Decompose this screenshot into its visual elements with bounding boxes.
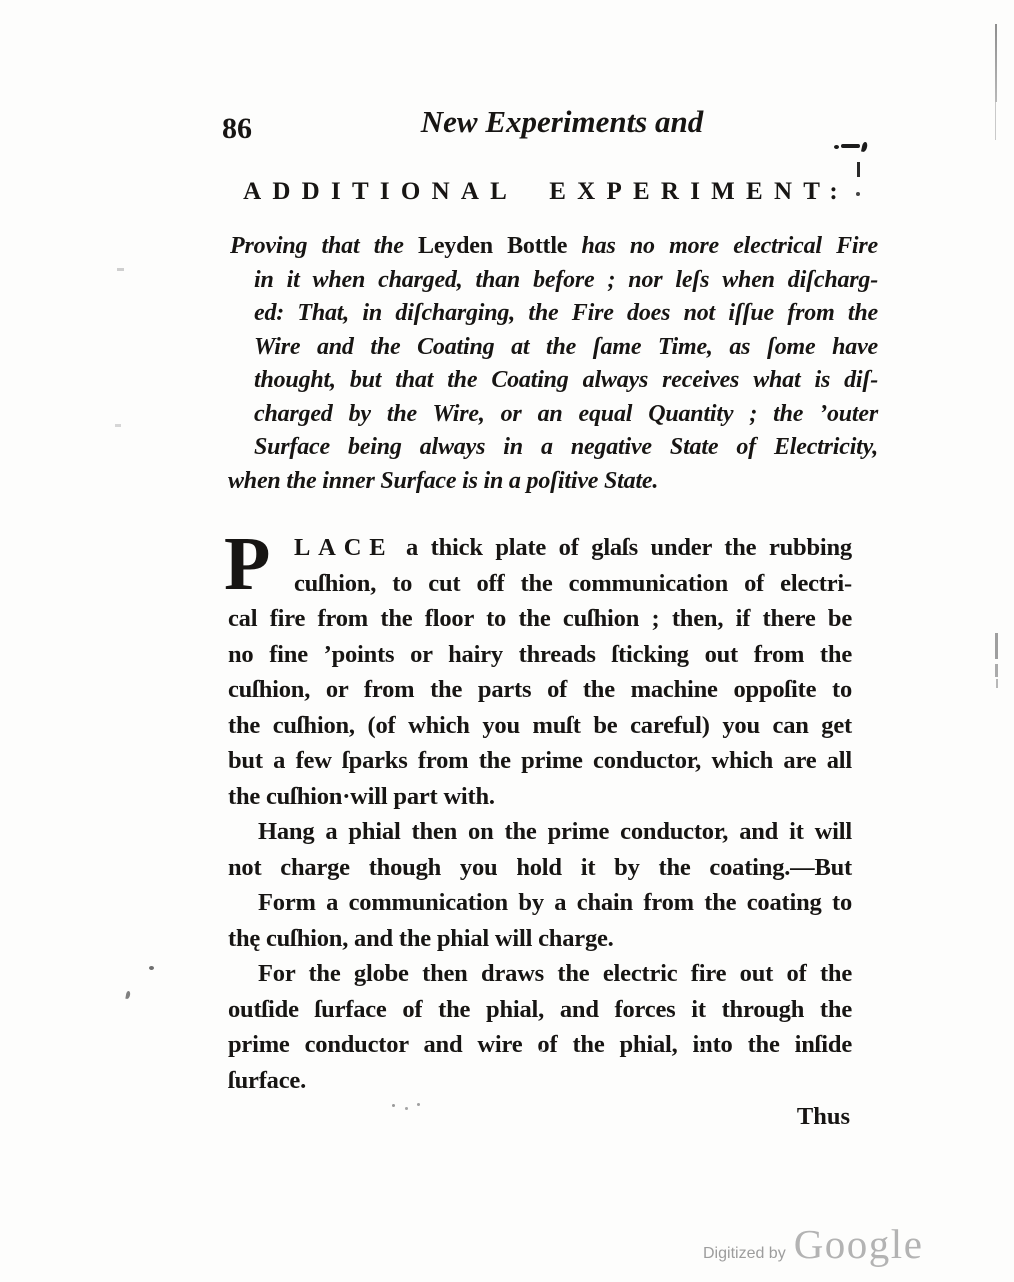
argument-italic-text: has no more electrical Fire [582,233,878,259]
scan-edge-line [995,24,997,102]
body-text: P LACE a thick plate of glaſs under the … [228,530,852,1134]
text-line: cuſhion, to cut off the communication of… [228,566,852,602]
ink-artifact [857,162,860,177]
scan-edge-mark [996,679,998,688]
text-line: prime conductor and wire of the phial, i… [228,1027,852,1063]
catchword: Thus [228,1099,852,1135]
ink-artifact [392,1104,395,1107]
text-line: when the inner Surface is in a poſitive … [228,465,878,499]
text-line: the cuſhion, (of which you muſt be caref… [228,708,852,744]
ink-artifact [149,966,154,970]
argument-italic-text: Proving that the [230,233,418,259]
ink-artifact [700,1046,703,1049]
text-line: Wire and the Coating at the ſame Time, a… [254,331,878,365]
text-line: charged by the Wire, or an equal Quantit… [254,398,878,432]
paragraph: P LACE a thick plate of glaſs under the … [228,530,852,814]
text-line: not charge though you hold it by the coa… [228,850,852,886]
ink-artifact [834,145,839,149]
ink-artifact [540,1049,543,1052]
text-line: thę cuſhion, and the phial will charge. [228,921,852,957]
scan-edge-mark [995,633,998,659]
running-header-title: New Experiments and [228,104,852,140]
drop-cap: P [224,533,270,595]
text-line: Proving that the Leyden Bottle has no mo… [230,230,878,264]
digitized-watermark: Digitized by Google [703,1220,923,1268]
digitized-by-label: Digitized by [703,1245,786,1263]
text-line: outſide ſurface of the phial, and forces… [228,992,852,1028]
text-line: cal fire from the floor to the cuſhion ;… [228,601,852,637]
text-line: ſurface. [228,1063,852,1099]
text-line: Hang a phial then on the prime conductor… [228,814,852,850]
paragraph: For the globe then draws the electric fi… [228,956,852,1098]
text-line: thought, but that the Coating always rec… [254,364,878,398]
text-line: ed: That, in diſcharging, the Fire does … [254,297,878,331]
ink-artifact [405,1107,408,1110]
text-line: For the globe then draws the electric fi… [228,956,852,992]
text-line: the cuſhion·will part with. [228,779,852,815]
text-line: but a few ſparks from the prime conducto… [228,743,852,779]
paragraph: Hang a phial then on the prime conductor… [228,814,852,885]
ink-artifact [841,144,860,148]
text-line: Form a communication by a chain from the… [228,885,852,921]
text-line: cuſhion, or from the parts of the machin… [228,672,852,708]
running-head: 86 New Experiments and [228,104,852,156]
argument-summary: Proving that the Leyden Bottle has no mo… [228,230,878,498]
ink-artifact [115,424,121,427]
text-line: in it when charged, than before ; nor le… [254,264,878,298]
ink-artifact [117,268,124,271]
ink-artifact [856,192,860,196]
ink-artifact [417,1103,420,1106]
ink-artifact [125,991,130,1000]
argument-roman-text: Leyden Bottle [418,233,581,259]
line-text: a thick plate of glaſs under the rubbing [393,534,852,561]
section-title: ADDITIONAL EXPERIMENT: [228,178,858,206]
lead-capitals: LACE [294,534,393,561]
scan-edge-mark [995,664,998,677]
page-number: 86 [222,112,252,146]
paragraph: Form a communication by a chain from the… [228,885,852,956]
scan-edge-line [995,102,996,140]
google-logo: Google [794,1220,924,1268]
text-line: LACE a thick plate of glaſs under the ru… [228,530,852,566]
text-line: no fine ’points or hairy threads ſtickin… [228,637,852,673]
text-line: Surface being always in a negative State… [254,431,878,465]
ink-artifact [861,142,868,153]
